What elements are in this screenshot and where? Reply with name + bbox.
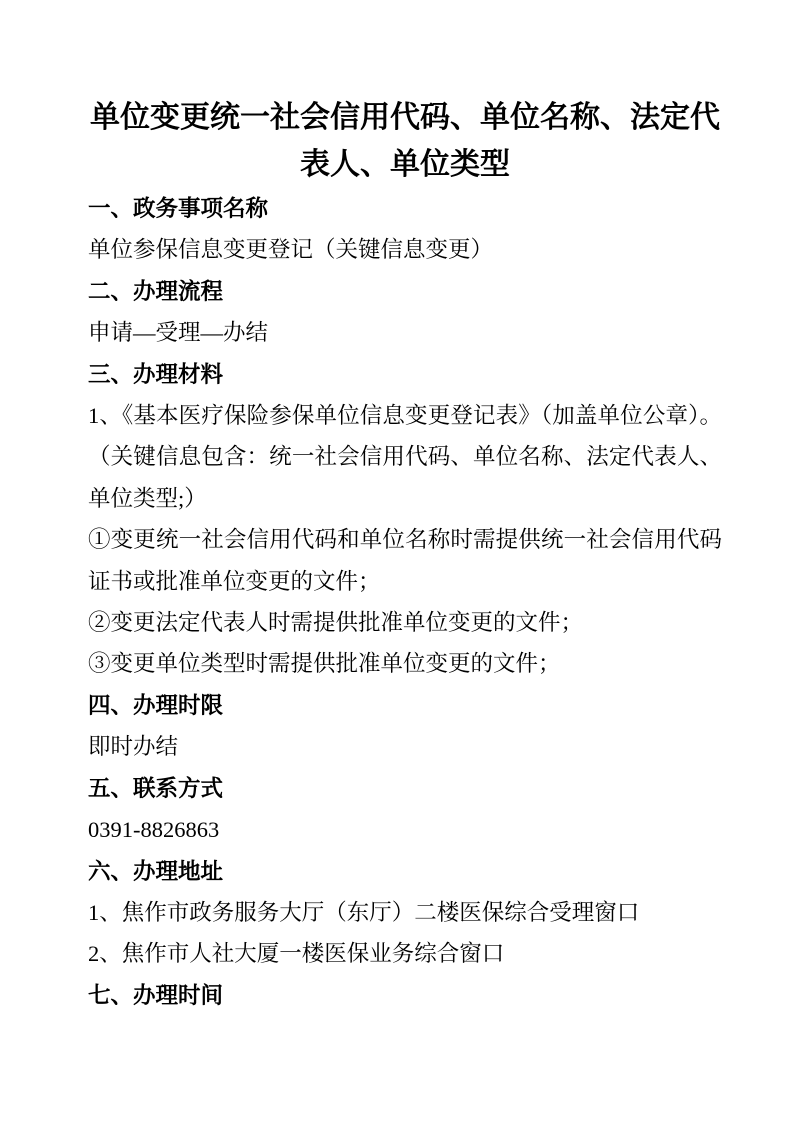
paragraph: 即时办结 xyxy=(88,726,722,767)
paragraph: ②变更法定代表人时需提供批准单位变更的文件； xyxy=(88,602,722,643)
document-title: 单位变更统一社会信用代码、单位名称、法定代表人、单位类型 xyxy=(88,94,722,188)
section-heading-office-hours: 七、办理时间 xyxy=(88,975,722,1016)
paragraph: 2、焦作市人社大厦一楼医保业务综合窗口 xyxy=(88,933,722,974)
section-heading-materials: 三、办理材料 xyxy=(88,354,722,395)
paragraph: 1、焦作市政务服务大厅（东厅）二楼医保综合受理窗口 xyxy=(88,892,722,933)
section-heading-service-name: 一、政务事项名称 xyxy=(88,188,722,229)
section-heading-process: 二、办理流程 xyxy=(88,271,722,312)
section-heading-address: 六、办理地址 xyxy=(88,851,722,892)
document-page: 单位变更统一社会信用代码、单位名称、法定代表人、单位类型 一、政务事项名称 单位… xyxy=(0,0,793,1122)
paragraph: 0391-8826863 xyxy=(88,809,722,850)
paragraph: ①变更统一社会信用代码和单位名称时需提供统一社会信用代码证书或批准单位变更的文件… xyxy=(88,519,722,602)
section-office-hours: 七、办理时间 xyxy=(88,975,722,1016)
section-materials: 三、办理材料 1、《基本医疗保险参保单位信息变更登记表》（加盖单位公章）。（关键… xyxy=(88,354,722,685)
paragraph: ③变更单位类型时需提供批准单位变更的文件； xyxy=(88,643,722,684)
section-address: 六、办理地址 1、焦作市政务服务大厅（东厅）二楼医保综合受理窗口 2、焦作市人社… xyxy=(88,851,722,975)
paragraph: 1、《基本医疗保险参保单位信息变更登记表》（加盖单位公章）。（关键信息包含：统一… xyxy=(88,395,722,519)
section-heading-time-limit: 四、办理时限 xyxy=(88,685,722,726)
section-heading-contact: 五、联系方式 xyxy=(88,768,722,809)
section-time-limit: 四、办理时限 即时办结 xyxy=(88,685,722,768)
section-service-name: 一、政务事项名称 单位参保信息变更登记（关键信息变更） xyxy=(88,188,722,271)
paragraph: 申请—受理—办结 xyxy=(88,312,722,353)
paragraph: 单位参保信息变更登记（关键信息变更） xyxy=(88,229,722,270)
section-contact: 五、联系方式 0391-8826863 xyxy=(88,768,722,851)
section-process: 二、办理流程 申请—受理—办结 xyxy=(88,271,722,354)
